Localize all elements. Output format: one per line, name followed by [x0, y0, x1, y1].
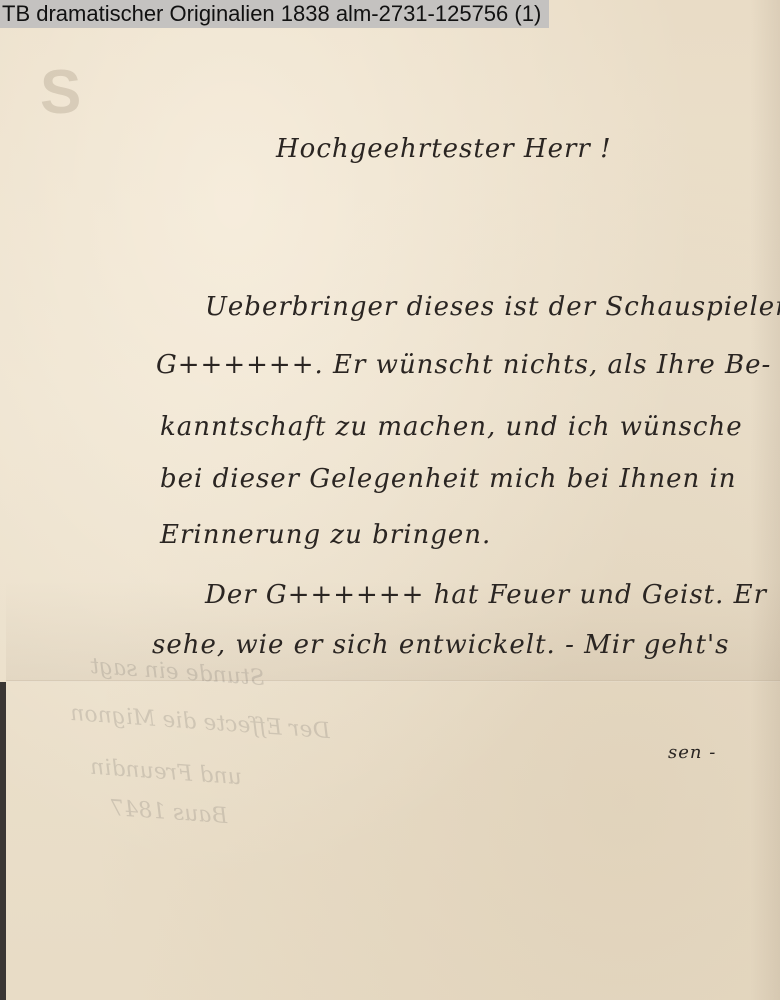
- salutation: Hochgeehrtester Herr !: [276, 134, 612, 164]
- bleed-through-text: und Freundin: [89, 755, 242, 791]
- letter-line: Ueberbringer dieses ist der Schauspieler: [205, 292, 780, 322]
- page-edge-shadow: [750, 0, 780, 1000]
- scan-border: [0, 682, 6, 1000]
- letter-line: Erinnerung zu bringen.: [160, 520, 491, 550]
- watermark-s: S: [40, 62, 81, 124]
- closing-fragment: sen -: [668, 742, 716, 763]
- letter-line: kanntschaft zu machen, und ich wünsche: [160, 412, 743, 442]
- bleed-through-text: Der Effecte die Mignon: [69, 701, 330, 744]
- letter-line: bei dieser Gelegenheit mich bei Ihnen in: [160, 464, 737, 494]
- bleed-through-text: Baus 1847: [109, 796, 228, 829]
- letter-line: Der G++++++ hat Feuer und Geist. Er: [205, 580, 767, 610]
- letter-page: S Stunde ein sagt Der Effecte die Mignon…: [0, 0, 780, 1000]
- letter-line: G++++++. Er wünscht nichts, als Ihre Be-: [156, 350, 771, 380]
- window-title: TB dramatischer Originalien 1838 alm-273…: [0, 0, 549, 28]
- letter-line: sehe, wie er sich entwickelt. - Mir geht…: [152, 630, 729, 660]
